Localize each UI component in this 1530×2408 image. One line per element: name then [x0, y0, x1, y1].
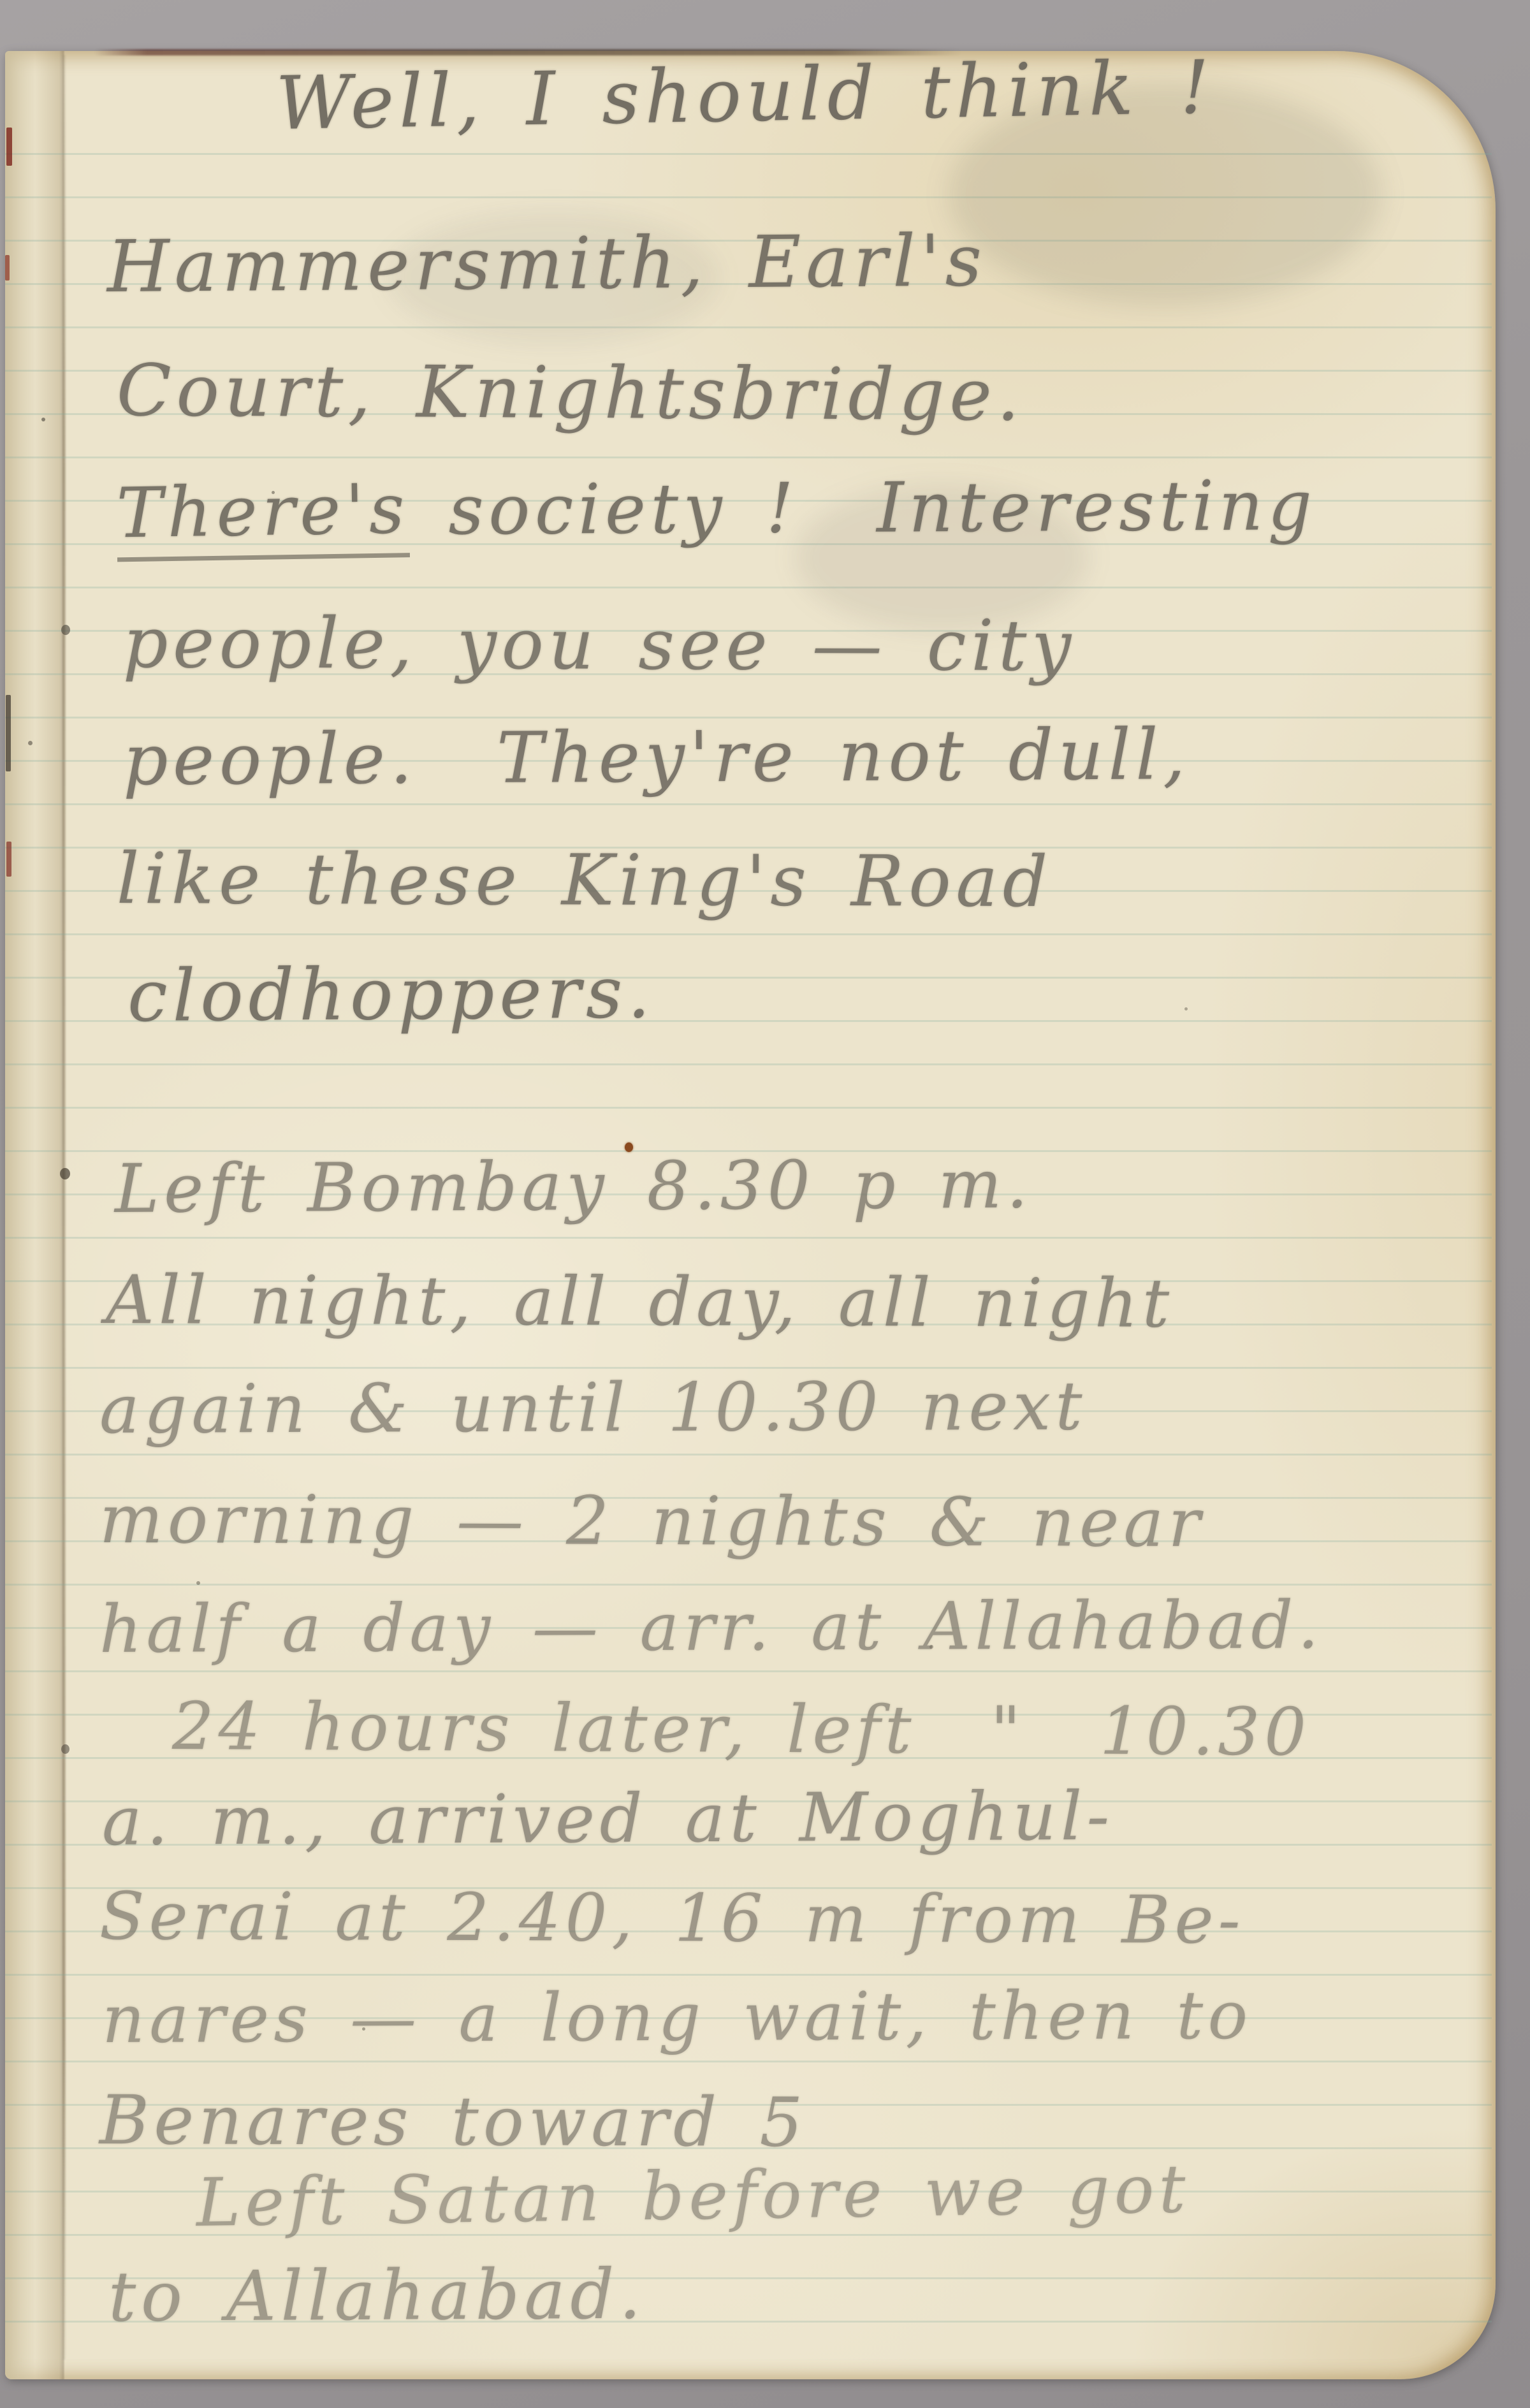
- scanner-background: Well, I should think ! Hammersmith, Earl…: [0, 0, 1530, 2408]
- hw-line-travel-10: Benares toward 5: [99, 2083, 808, 2160]
- dust-speck: [1184, 1007, 1188, 1011]
- hw-line-travel-7: a. m., arrived at Moghul-: [102, 1780, 1114, 1859]
- dust-speck: [28, 741, 33, 745]
- hw-line-travel-3: again & until 10.30 next: [99, 1370, 1087, 1447]
- hw-line-london-7: like these King's Road: [117, 840, 1053, 921]
- hw-line-travel-11: Left Satan before we got: [196, 2152, 1190, 2239]
- hw-line-london-4: There's society ! Interesting: [117, 469, 1317, 560]
- red-page-edge-mark: [6, 842, 11, 877]
- hw-line-travel-2: All night, all day, all night: [106, 1264, 1174, 1341]
- hw-line-travel-9: nares — a long wait, then to: [102, 1979, 1253, 2056]
- hw-line-travel-4: morning — 2 nights & near: [99, 1483, 1206, 1561]
- hw-line-travel-5: half a day — arr. at Allahabad.: [99, 1589, 1323, 1666]
- dark-page-edge-mark: [6, 695, 11, 771]
- underlined-word: There's: [116, 472, 410, 562]
- crease-blemish: [61, 625, 70, 635]
- notebook-page: Well, I should think ! Hammersmith, Earl…: [5, 51, 1496, 2379]
- hw-line-london-2: Hammersmith, Earl's: [107, 222, 987, 307]
- dust-speck: [196, 1581, 200, 1585]
- hw-line-london-1: Well, I should think !: [275, 47, 1215, 144]
- crease-blemish: [61, 1744, 69, 1754]
- crease-blemish: [60, 1168, 70, 1179]
- hw-line-london-8: clodhoppers.: [127, 954, 655, 1036]
- hw-line-london-5: people, you see — city: [123, 604, 1076, 685]
- hw-line-london-4-rest: society ! Interesting: [409, 466, 1317, 550]
- red-page-edge-mark: [6, 128, 12, 166]
- hw-line-london-6: people. They're not dull,: [123, 716, 1191, 799]
- dust-speck: [41, 418, 45, 421]
- hw-line-travel-8: Serai at 2.40, 16 m from Be-: [99, 1881, 1245, 1957]
- red-page-edge-mark: [5, 255, 10, 281]
- hw-line-travel-12: to Allahabad.: [108, 2258, 646, 2336]
- hw-line-travel-6: 24 hours later, left " 10.30: [172, 1691, 1311, 1769]
- hw-line-london-3: Court, Knightsbridge.: [117, 352, 1025, 435]
- hw-line-travel-1: Left Bombay 8.30 p m.: [115, 1148, 1033, 1226]
